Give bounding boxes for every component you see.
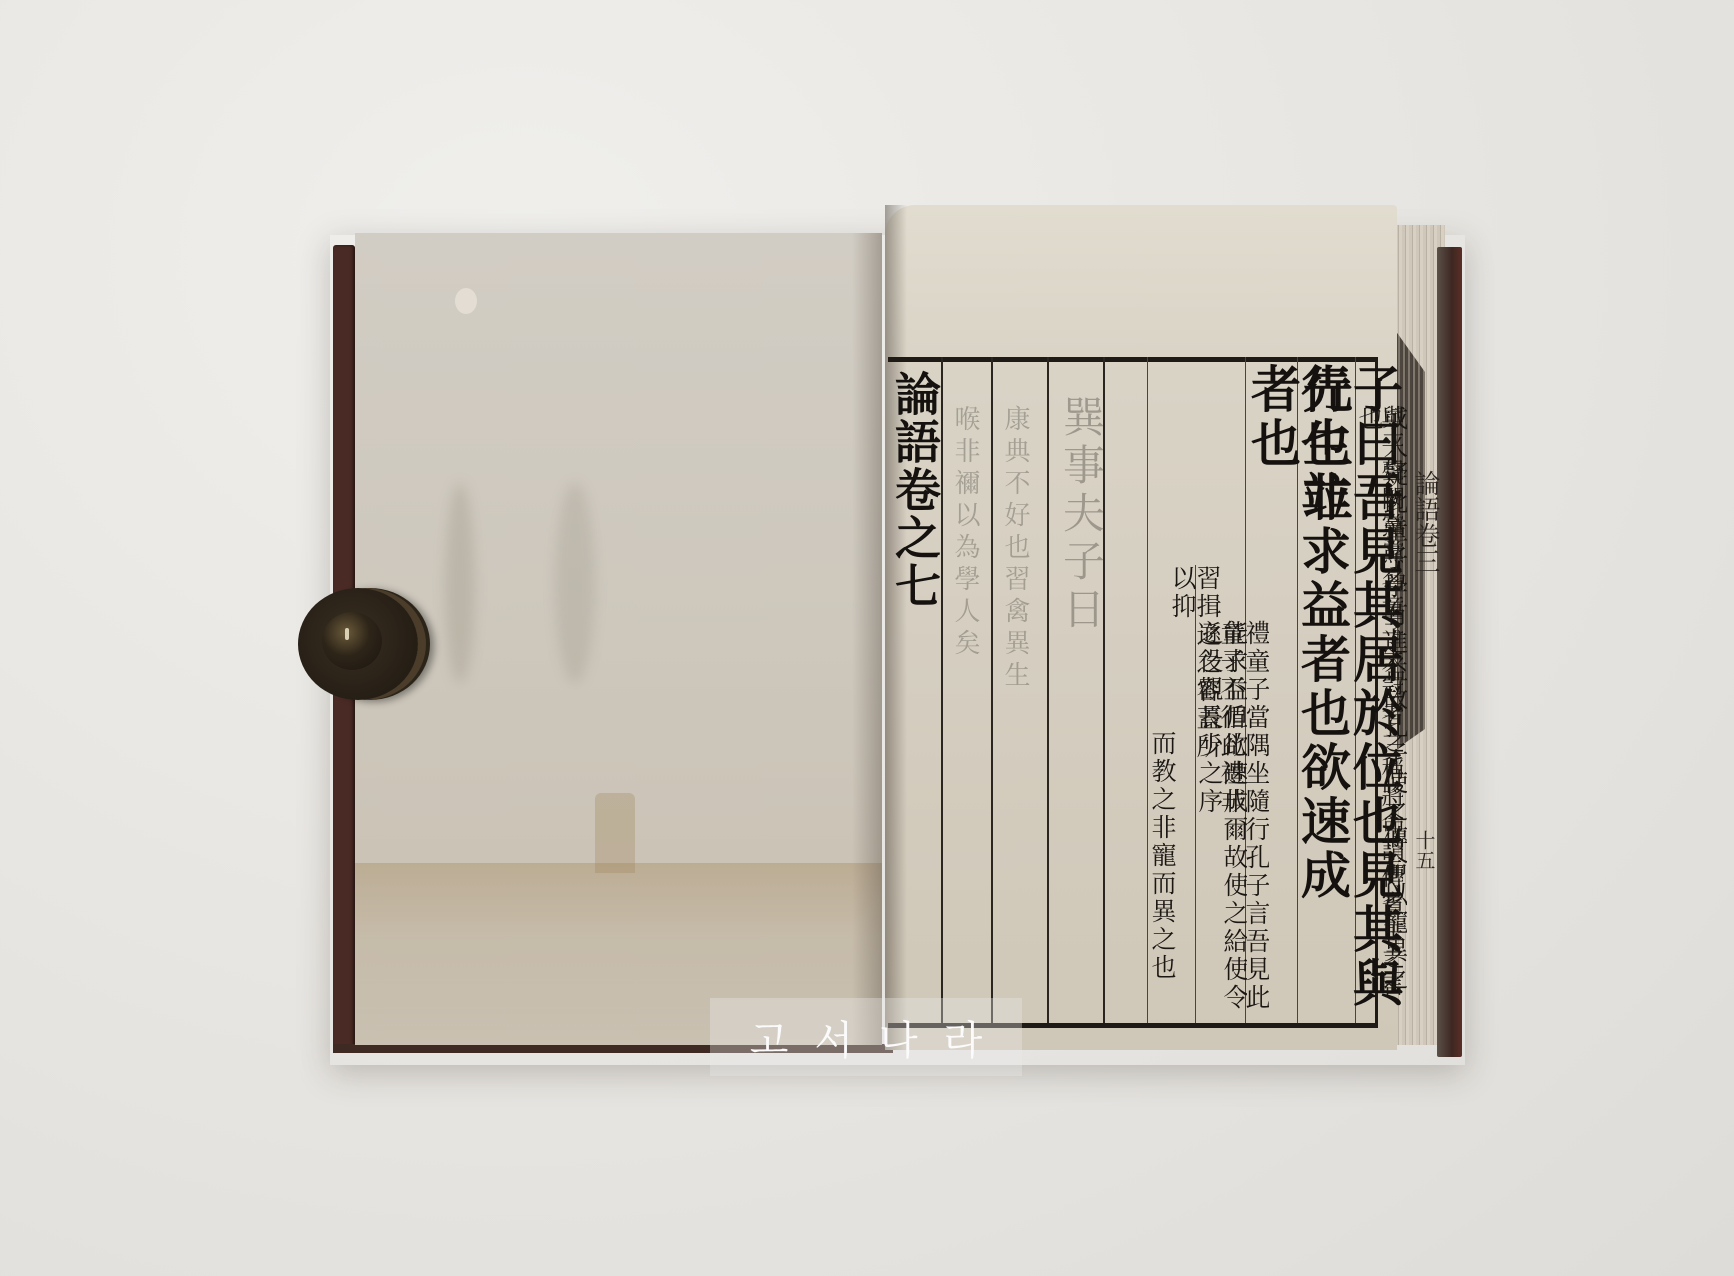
fold-page-number: 十五 — [1410, 830, 1439, 870]
right-cover-board — [1437, 247, 1462, 1057]
left-page-blank — [355, 233, 882, 1045]
paper-stain — [445, 483, 475, 683]
watermark-text: 고서나라 — [724, 1009, 1009, 1066]
commentary-column: 而教之非寵而異之也 — [1150, 730, 1175, 1020]
column-rule — [1047, 357, 1049, 1023]
watermark: 고서나라 — [710, 998, 1022, 1076]
bleed-through-text: 巽事夫子日 — [1051, 395, 1111, 635]
right-page-printed: 喉非禰以為學人矣 康典不好也習禽異生 巽事夫子日 論語卷之七 而教之非寵而異之也… — [885, 205, 1397, 1050]
paper-stain — [555, 483, 595, 683]
commentary-column: 與平聲闕黨黨名童子未冠者之稱將命謂傳賓主之言 — [1379, 405, 1403, 1015]
page-gutter-shadow — [852, 233, 882, 1045]
brass-weight-knob — [322, 612, 382, 670]
running-title: 論語卷之七 — [892, 370, 938, 610]
fold-margin-label: 論語卷三 — [1407, 470, 1444, 574]
water-stain-peak — [595, 793, 635, 873]
bleed-through-text: 康典不好也習禽異生 — [997, 405, 1034, 693]
brass-weight-highlight — [345, 628, 349, 640]
paper-hole — [455, 288, 477, 314]
column-rule — [991, 357, 993, 1023]
bleed-through-text: 喉非禰以為學人矣 — [947, 405, 984, 661]
